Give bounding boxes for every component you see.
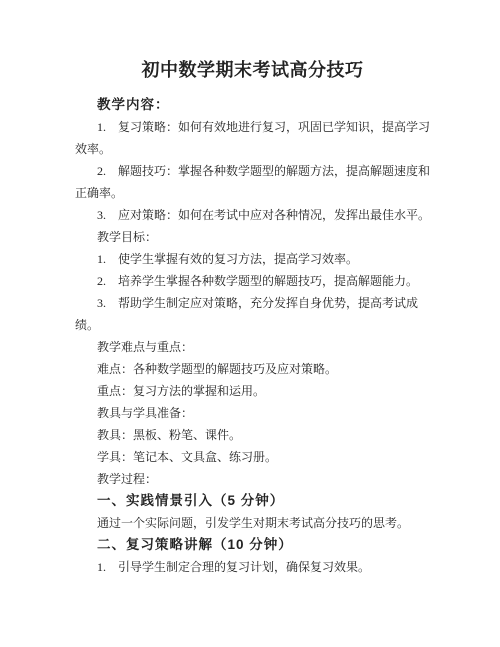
paragraph: 通过一个实际问题，引发学生对期末考试高分技巧的思考。 xyxy=(75,512,434,534)
section-heading-intro: 一、实践情景引入（5 分钟） xyxy=(75,490,434,512)
section-label-teaching-content: 教学内容： xyxy=(75,94,434,116)
paragraph: 1. 复习策略：如何有效地进行复习，巩固已学知识，提高学习效率。 xyxy=(75,116,434,160)
section-label-difficulties: 教学难点与重点： xyxy=(75,336,434,358)
paragraph: 重点：复习方法的掌握和运用。 xyxy=(75,380,434,402)
section-heading-review-strategy: 二、复习策略讲解（10 分钟） xyxy=(75,534,434,556)
paragraph: 1. 引导学生制定合理的复习计划，确保复习效果。 xyxy=(75,556,434,578)
document-body: 教学内容： 1. 复习策略：如何有效地进行复习，巩固已学知识，提高学习效率。 2… xyxy=(75,94,434,578)
paragraph: 2. 培养学生掌握各种数学题型的解题技巧，提高解题能力。 xyxy=(75,270,434,292)
paragraph: 2. 解题技巧：掌握各种数学题型的解题方法，提高解题速度和正确率。 xyxy=(75,160,434,204)
section-label-teaching-goals: 教学目标： xyxy=(75,226,434,248)
paragraph: 学具：笔记本、文具盒、练习册。 xyxy=(75,446,434,468)
section-label-materials: 教具与学具准备： xyxy=(75,402,434,424)
paragraph: 难点：各种数学题型的解题技巧及应对策略。 xyxy=(75,358,434,380)
paragraph: 3. 应对策略：如何在考试中应对各种情况，发挥出最佳水平。 xyxy=(75,204,434,226)
paragraph: 1. 使学生掌握有效的复习方法，提高学习效率。 xyxy=(75,248,434,270)
paragraph: 教具：黑板、粉笔、课件。 xyxy=(75,424,434,446)
document-page: 初中数学期末考试高分技巧 教学内容： 1. 复习策略：如何有效地进行复习，巩固已… xyxy=(0,0,500,647)
paragraph: 3. 帮助学生制定应对策略，充分发挥自身优势，提高考试成绩。 xyxy=(75,292,434,336)
document-title: 初中数学期末考试高分技巧 xyxy=(71,57,434,84)
section-label-process: 教学过程： xyxy=(75,468,434,490)
